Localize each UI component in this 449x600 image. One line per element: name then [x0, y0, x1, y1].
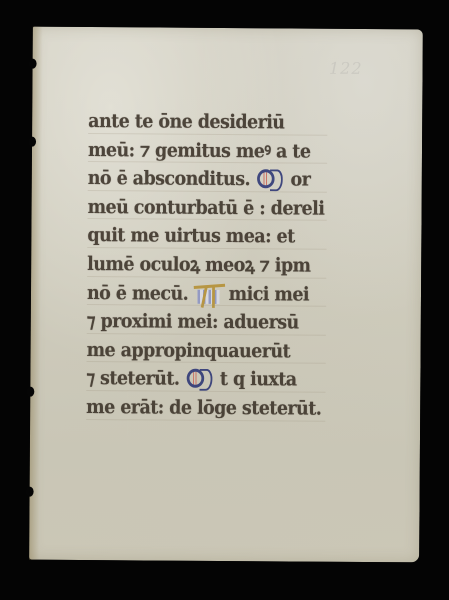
text-line: lumē oculoꝝ meoꝝ ⁊ ipm	[87, 253, 308, 283]
gold-initial-a	[195, 282, 221, 306]
manuscript-text-block: ante te ōne desideriū meū: ⁊ gemitus meꝰ…	[86, 110, 328, 426]
line-text: ante te ōne desideriū	[88, 110, 284, 133]
initial-flourish	[200, 369, 213, 391]
line-text: nō ē mecū.	[87, 282, 188, 305]
text-line: meū conturbatū ē : dereli	[87, 196, 308, 226]
text-line: me erāt: de lōge steterūt.	[86, 396, 307, 426]
text-line: ante te ōne desideriū	[88, 110, 309, 140]
edge-damage	[28, 137, 36, 147]
line-text: meū: ⁊ gemitus meꝰ a te	[88, 139, 311, 163]
line-text: lumē oculoꝝ meoꝝ ⁊ ipm	[87, 253, 310, 277]
line-text: me erāt: de lōge steterūt.	[86, 396, 321, 420]
blue-initial-c	[257, 168, 283, 192]
parchment-leaf: 122 ante te ōne desideriū meū: ⁊ gemitus…	[29, 27, 423, 563]
line-text: quit me uirtus mea: et	[87, 224, 294, 247]
edge-damage	[29, 59, 37, 69]
edge-damage	[26, 387, 34, 397]
photo-stage: 122 ante te ōne desideriū meū: ⁊ gemitus…	[0, 0, 449, 600]
blue-initial-e	[187, 368, 213, 392]
line-text: me appropinquauerūt	[87, 339, 291, 362]
text-line: nō ē mecū. mici mei	[87, 282, 308, 312]
line-text: meū conturbatū ē : dereli	[88, 196, 325, 220]
edge-damage	[26, 487, 34, 497]
text-line: ⁊ proximi mei: aduersū	[87, 310, 308, 340]
text-line: nō ē absconditus. or	[88, 167, 309, 197]
ruling-line	[88, 133, 327, 136]
line-text-after-initial: mici mei	[229, 283, 310, 306]
line-text: ⁊ steterūt.	[86, 367, 179, 390]
line-text-after-initial: or	[290, 169, 310, 191]
text-line: quit me uirtus mea: et	[87, 224, 308, 254]
text-line: me appropinquauerūt	[86, 339, 307, 369]
line-text: nō ē absconditus.	[88, 167, 250, 190]
line-text-after-initial: t q iuxta	[220, 368, 297, 391]
text-line: meū: ⁊ gemitus meꝰ a te	[88, 139, 309, 169]
line-text: ⁊ proximi mei: aduersū	[87, 310, 299, 333]
initial-flourish	[270, 169, 283, 191]
text-line: ⁊ steterūt. t q iuxta	[86, 367, 307, 397]
faded-folio-number: 122	[329, 59, 363, 78]
